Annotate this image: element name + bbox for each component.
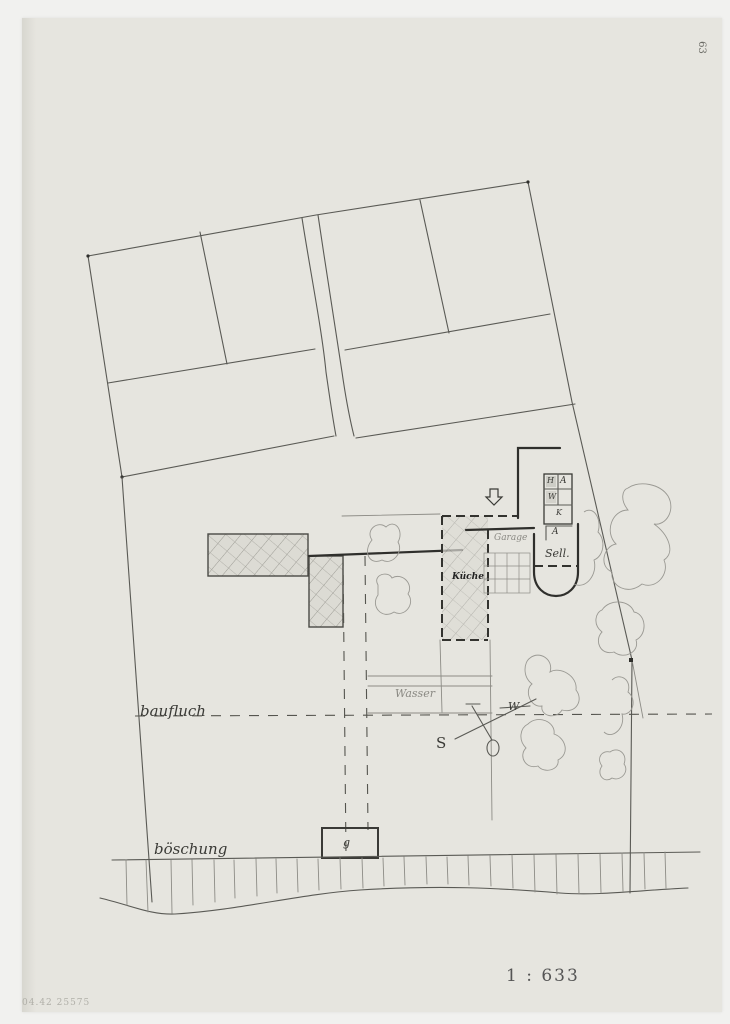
site-plan-drawing (0, 0, 730, 1024)
label-room-a1: A (560, 476, 567, 486)
pool-grid (484, 553, 530, 593)
label-building-line: baufluch (140, 702, 206, 720)
page-number: 63 (696, 41, 707, 54)
label-kitchen: Küche (452, 572, 484, 582)
label-water-basin: Wasser (395, 687, 435, 700)
upper-parcel-block (86, 180, 575, 478)
label-sill: Sell. (545, 547, 570, 560)
archive-stamp: 04.42 25575 (22, 998, 90, 1008)
embankment-fence (100, 852, 700, 914)
label-garage: Garage (494, 533, 527, 543)
label-room-w: W (548, 492, 556, 501)
main-house-wing (442, 448, 578, 640)
entrance-arrow-icon (486, 489, 502, 505)
label-sun-w: W (508, 700, 519, 713)
trees-right (521, 484, 671, 780)
scale-note: 1 : 633 (506, 966, 580, 986)
label-room-h: H (547, 476, 554, 485)
label-sun-s: S (436, 734, 446, 752)
label-room-a2: A (552, 527, 559, 537)
label-embankment: böschung (154, 840, 227, 858)
label-gate: g (343, 836, 350, 849)
hatched-outbuilding (208, 534, 343, 627)
label-room-k: K (556, 508, 562, 517)
